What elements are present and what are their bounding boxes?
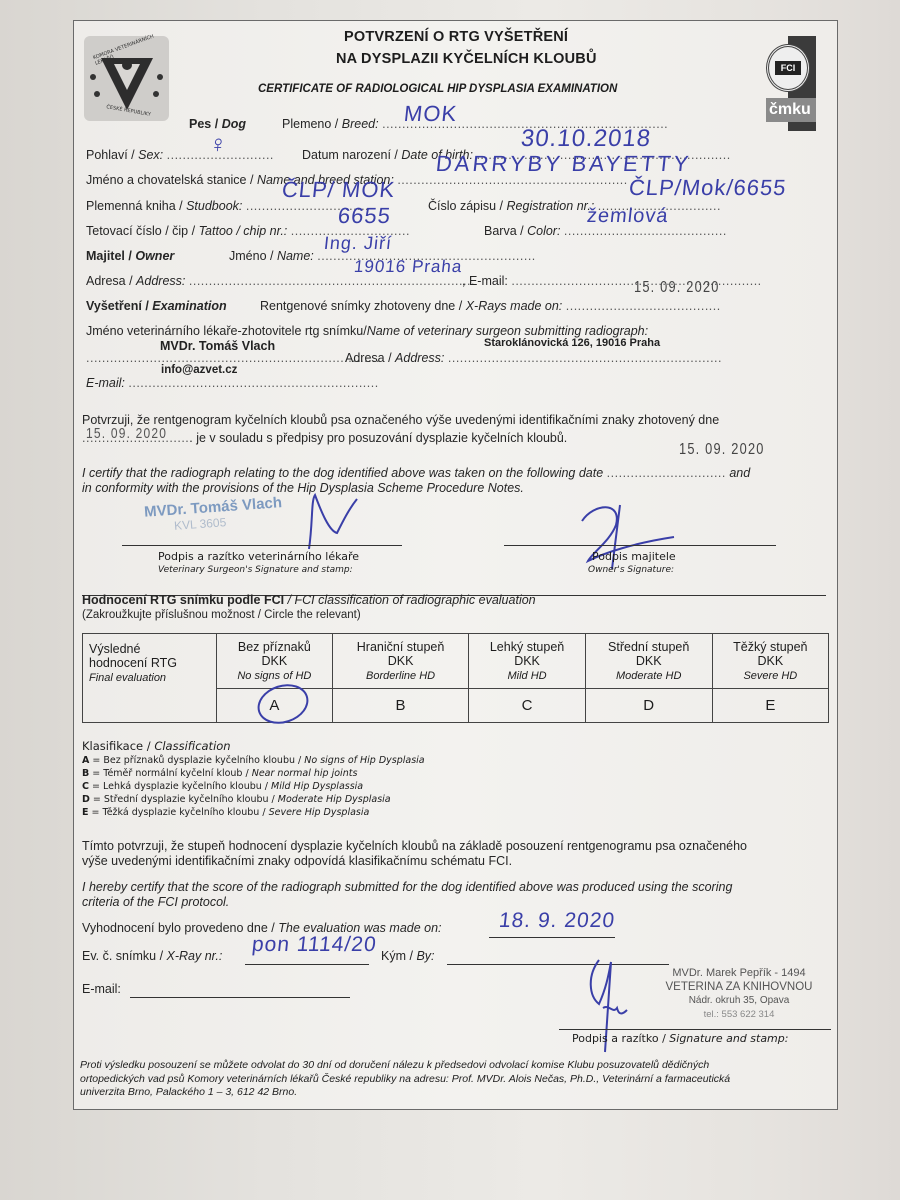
scoring-email-label: E-mail: — [82, 982, 121, 996]
classification-item-d: D = Střední dysplazie kyčelního kloubu /… — [82, 793, 425, 806]
grade-column-c: Lehký stupeňDKKMild HD — [469, 634, 585, 689]
examination-section-label: Vyšetření / Examination — [86, 299, 227, 313]
breed-value[interactable]: MOK — [403, 101, 459, 127]
cert-cz-date[interactable]: 15. 09. 2020 — [86, 425, 167, 442]
dog-name-value[interactable]: DARRYBY BAYETTY — [435, 151, 693, 177]
classification-item-a: A = Bez příznaků dysplazie kyčelního klo… — [82, 754, 425, 767]
xray-nr-value[interactable]: pon 1114/20 — [251, 933, 378, 957]
vet-sig-label-cz: Podpis a razítko veterinárního lékaře — [158, 550, 359, 563]
cmku-logo-text: čmku — [766, 98, 816, 122]
vet-sig-label-en: Veterinary Surgeon's Signature and stamp… — [158, 565, 353, 575]
logo-dot — [94, 91, 100, 97]
evaluator-stamp: MVDr. Marek Pepřík - 1494 VETERINA ZA KN… — [664, 966, 814, 1022]
vet-address-value[interactable]: Staroklánovická 126, 19016 Praha — [484, 337, 660, 349]
owner-section-label: Majitel / Owner — [86, 249, 174, 263]
logo-dot — [153, 91, 159, 97]
vet-name-line: ........................................… — [86, 351, 380, 365]
grade-b-option[interactable]: B — [332, 689, 469, 723]
evaluator-sig-label: Podpis a razítko / Signature and stamp: — [572, 1032, 788, 1045]
evaluation-date-value[interactable]: 18. 9. 2020 — [498, 909, 617, 933]
vet-stamp-id: KVL 3605 — [174, 515, 227, 533]
classification-list: A = Bez příznaků dysplazie kyčelního klo… — [82, 754, 425, 819]
logo-dot — [90, 74, 96, 80]
evaluator-signature-line — [559, 1029, 831, 1030]
grade-column-a: Bez příznakůDKKNo signs of HD — [217, 634, 333, 689]
tattoo-value[interactable]: 6655 — [337, 203, 393, 229]
xray-date-value[interactable]: 15. 09. 2020 — [634, 279, 720, 297]
logo-figure-icon — [122, 60, 132, 70]
fci-globe-icon: FCI — [766, 44, 810, 92]
evaluation-header-row: Výsledné hodnocení RTG Final evaluation … — [83, 634, 829, 689]
grade-d-option[interactable]: D — [585, 689, 712, 723]
fci-label: FCI — [775, 61, 801, 75]
vet-signature — [299, 491, 369, 551]
vet-signature-line — [122, 545, 402, 546]
owner-address-value[interactable]: 19016 Praha — [353, 257, 463, 277]
vet-address-label: Adresa / Address: ......................… — [345, 351, 722, 365]
grade-column-b: Hraniční stupeňDKKBorderline HD — [332, 634, 469, 689]
scoring-cz-line1: Tímto potvrzuji, že stupeň hodnocení dys… — [82, 839, 747, 853]
final-evaluation-header: Výsledné hodnocení RTG Final evaluation — [83, 634, 217, 723]
title-cz-line2: NA DYSPLAZII KYČELNÍCH KLOUBŮ — [336, 51, 597, 67]
color-value[interactable]: žemlová — [586, 205, 670, 228]
by-label: Kým / By: — [381, 949, 435, 963]
vet-chamber-logo: KOMORA VETERINÁRNÍCH LÉKAŘŮ ČESKÉ REPUBL… — [84, 36, 169, 121]
appeal-notice: Proti výsledku posouzení se můžete odvol… — [80, 1059, 730, 1100]
dob-value[interactable]: 30.10.2018 — [520, 125, 653, 153]
sex-value[interactable]: ♀ — [208, 131, 230, 159]
vet-email-value[interactable]: info@azvet.cz — [161, 364, 237, 376]
xray-nr-label: Ev. č. snímku / X-Ray nr.: — [82, 949, 222, 963]
scoring-email-line — [130, 997, 350, 998]
vet-name-label: Jméno veterinárního lékaře-zhotovitele r… — [86, 324, 648, 338]
certificate-form: KOMORA VETERINÁRNÍCH LÉKAŘŮ ČESKÉ REPUBL… — [73, 20, 838, 1110]
dog-section-label: Pes / Dog — [189, 117, 246, 131]
owner-sig-label-cz: Podpis majitele — [592, 550, 676, 563]
grade-c-option[interactable]: C — [469, 689, 585, 723]
grade-column-d: Střední stupeňDKKModerate HD — [585, 634, 712, 689]
cert-en-date[interactable]: 15. 09. 2020 — [679, 441, 765, 459]
title-en: CERTIFICATE OF RADIOLOGICAL HIP DYSPLASI… — [258, 83, 617, 95]
classification-item-c: C = Lehká dysplazie kyčelního kloubu / M… — [82, 780, 425, 793]
scoring-en-line1: I hereby certify that the score of the r… — [82, 880, 732, 894]
registration-label: Číslo zápisu / Registration nr.: .......… — [428, 199, 721, 213]
fci-cmku-logo: FCI čmku — [764, 36, 834, 131]
owner-sig-label-en: Owner's Signature: — [588, 565, 674, 575]
classification-item-e: E = Těžká dysplazie kyčelního kloubu / S… — [82, 806, 425, 819]
classification-item-b: B = Téměř normální kyčelní kloub / Near … — [82, 767, 425, 780]
classification-title: Klasifikace / Classification — [82, 739, 231, 753]
evaluation-table: Výsledné hodnocení RTG Final evaluation … — [82, 633, 829, 723]
vet-email-label: E-mail: ................................… — [86, 376, 379, 390]
studbook-value[interactable]: ČLP/ MOK — [281, 177, 397, 203]
sex-label: Pohlaví / Sex: .........................… — [86, 148, 274, 162]
grade-column-e: Těžký stupeňDKKSevere HD — [712, 634, 828, 689]
cert-cz-line1: Potvrzuji, že rentgenogram kyčelních klo… — [82, 413, 719, 427]
xray-date-label: Rentgenové snímky zhotoveny dne / X-Rays… — [260, 299, 721, 313]
cert-en-line1: I certify that the radiograph relating t… — [82, 466, 750, 480]
logo-dot — [157, 74, 163, 80]
xray-nr-line — [245, 964, 369, 965]
owner-name-value[interactable]: Ing. Jiří — [323, 233, 393, 254]
registration-value[interactable]: ČLP/Mok/6655 — [628, 175, 788, 201]
evaluation-date-line — [489, 937, 615, 938]
vet-name-value[interactable]: MVDr. Tomáš Vlach — [160, 339, 275, 353]
evaluation-instruction: (Zakroužkujte příslušnou možnost / Circl… — [82, 609, 361, 621]
owner-signature-line — [504, 545, 776, 546]
scoring-en-line2: criteria of the FCI protocol. — [82, 895, 229, 909]
title-cz-line1: POTVRZENÍ O RTG VYŠETŘENÍ — [344, 29, 568, 45]
grade-e-option[interactable]: E — [712, 689, 828, 723]
scoring-cz-line2: výše uvedenými identifikačními znaky odp… — [82, 854, 512, 868]
evaluation-title: Hodnocení RTG snímku podle FCI / FCI cla… — [82, 593, 536, 607]
